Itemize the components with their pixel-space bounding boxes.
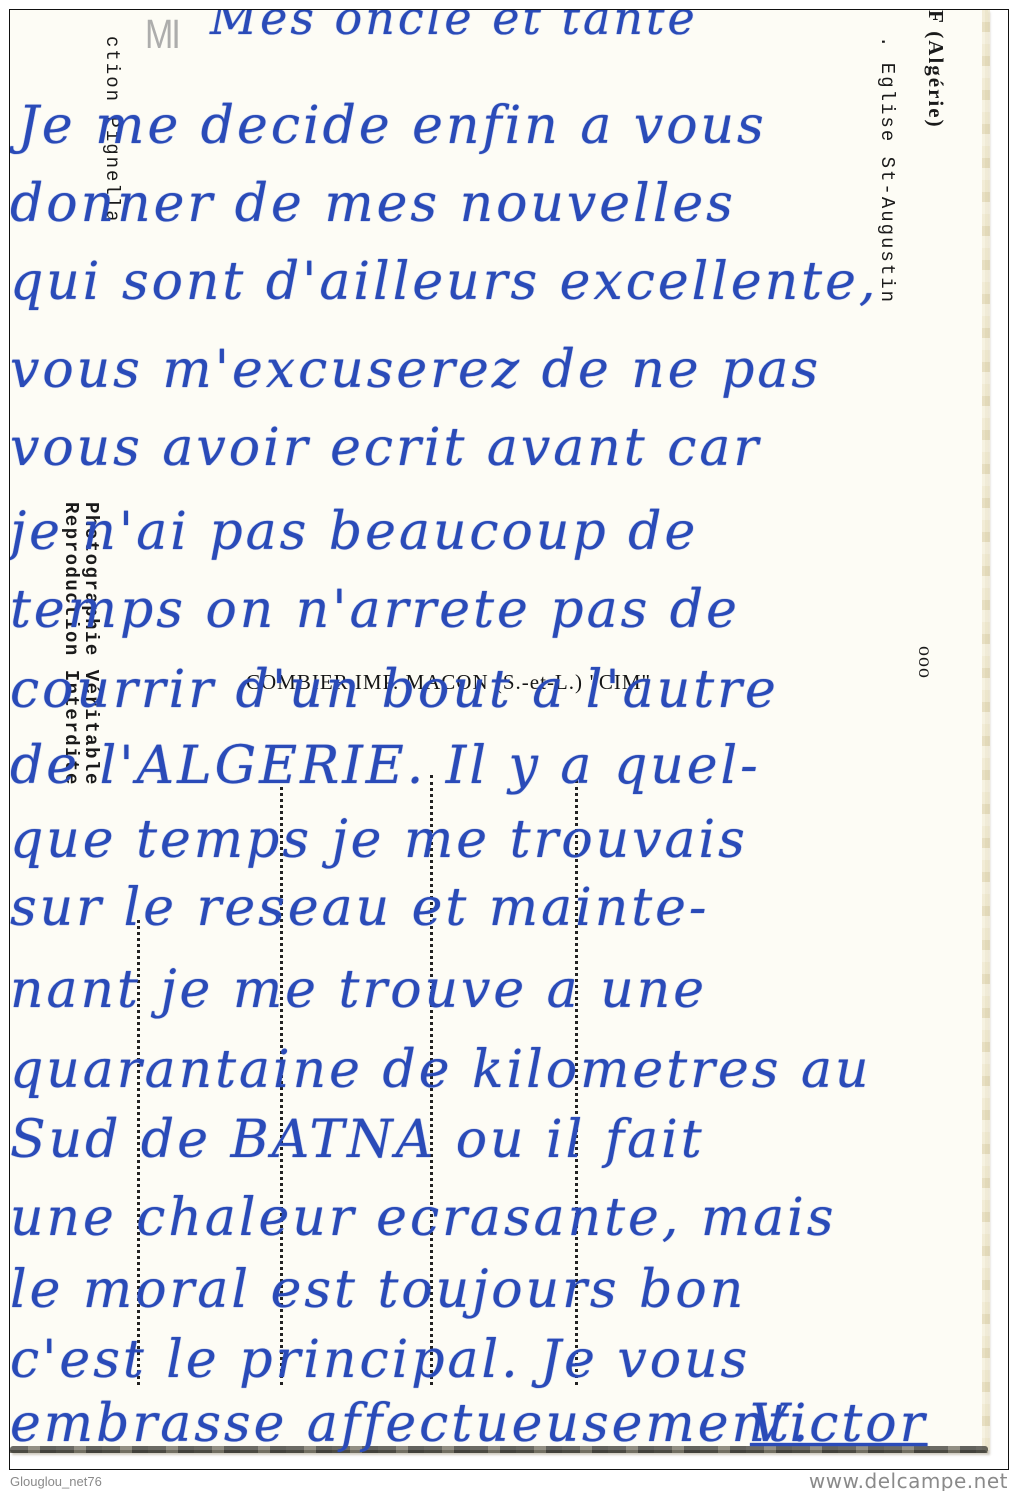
handwritten-line: une chaleur ecrasante, mais bbox=[10, 1188, 836, 1248]
location-title: F (Algérie) bbox=[923, 10, 948, 129]
handwritten-line: donner de mes nouvelles bbox=[10, 174, 736, 234]
handwritten-line: nant je me trouve a une bbox=[10, 960, 707, 1020]
handwritten-line: sur le reseau et mainte- bbox=[10, 878, 709, 938]
handwritten-line: je n'ai pas beaucoup de bbox=[10, 502, 698, 562]
site-watermark[interactable]: www.delcampe.net bbox=[809, 1469, 1008, 1491]
handwritten-line: vous avoir ecrit avant car bbox=[10, 418, 761, 478]
image-frame: MI ction Pignella F (Algérie) . Eglise S… bbox=[9, 9, 1009, 1470]
handwritten-line: que temps je me trouvais bbox=[10, 810, 748, 870]
handwritten-line: le moral est toujours bon bbox=[10, 1260, 746, 1320]
signature: Victor bbox=[750, 1394, 927, 1454]
print-code: ooo bbox=[913, 646, 936, 679]
handwritten-line: de l'ALGERIE. Il y a quel- bbox=[10, 736, 761, 796]
seller-watermark: Glouglou_net76 bbox=[10, 1474, 102, 1489]
handwritten-line: embrasse affectueusement. bbox=[10, 1394, 811, 1454]
caption-text: . Eglise St-Augustin bbox=[876, 36, 898, 304]
postcard-back: MI ction Pignella F (Algérie) . Eglise S… bbox=[10, 10, 988, 1453]
handwritten-line: quarantaine de kilometres au bbox=[10, 1040, 871, 1100]
handwritten-line: c'est le principal. Je vous bbox=[10, 1330, 750, 1390]
handwritten-line: qui sont d'ailleurs excellente, bbox=[10, 252, 878, 312]
handwritten-line: vous m'excuserez de ne pas bbox=[10, 340, 821, 400]
postmark-fragment: MI bbox=[145, 12, 215, 50]
deckled-edge-right bbox=[982, 10, 990, 1450]
handwritten-line: courrir d'un bout a l'autre bbox=[10, 660, 779, 720]
handwritten-line: Mes oncle et tante bbox=[210, 9, 698, 48]
handwritten-line: temps on n'arrete pas de bbox=[10, 580, 740, 640]
handwritten-line: Sud de BATNA ou il fait bbox=[10, 1110, 705, 1170]
handwritten-line: Je me decide enfin a vous bbox=[18, 96, 767, 156]
